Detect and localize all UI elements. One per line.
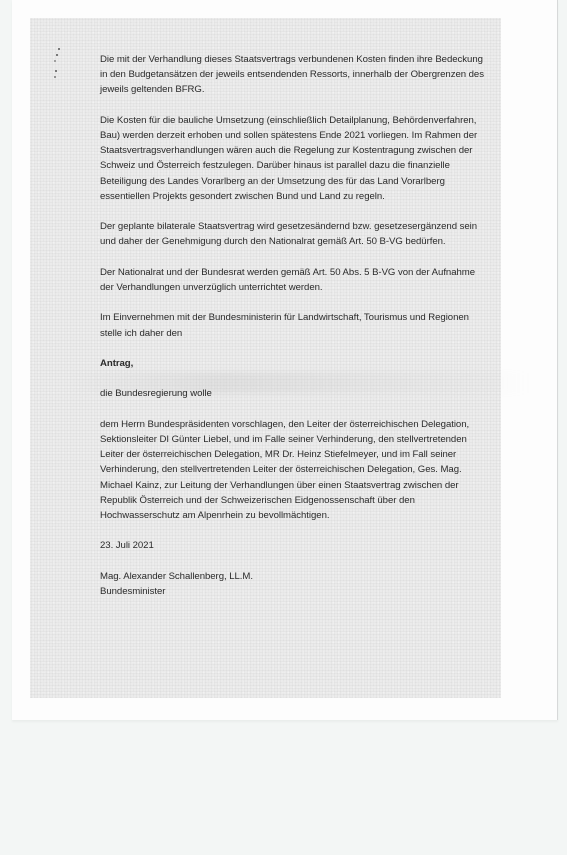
paragraph-treaty-approval: Der geplante bilaterale Staatsvertrag wi… (100, 219, 540, 249)
signatory-name: Mag. Alexander Schallenberg, LL.M. (100, 569, 540, 584)
document-date: 23. Juli 2021 (100, 538, 540, 553)
antrag-intro: die Bundesregierung wolle (100, 386, 540, 401)
paragraph-construction-costs: Die Kosten für die bauliche Umsetzung (e… (100, 113, 540, 204)
scanned-sheet: Die mit der Verhandlung dieses Staatsver… (12, 0, 558, 720)
paragraph-agreement: Im Einvernehmen mit der Bundesministerin… (100, 310, 540, 340)
antrag-heading: Antrag, (100, 356, 540, 371)
paragraph-parliament-notice: Der Nationalrat und der Bundesrat werden… (100, 265, 540, 295)
scan-artifact-specks (54, 48, 62, 88)
paragraph-costs-budget: Die mit der Verhandlung dieses Staatsver… (100, 52, 540, 98)
document-body: Die mit der Verhandlung dieses Staatsver… (100, 52, 540, 599)
signatory-title: Bundesminister (100, 584, 540, 599)
antrag-body: dem Herrn Bundespräsidenten vorschlagen,… (100, 417, 540, 523)
